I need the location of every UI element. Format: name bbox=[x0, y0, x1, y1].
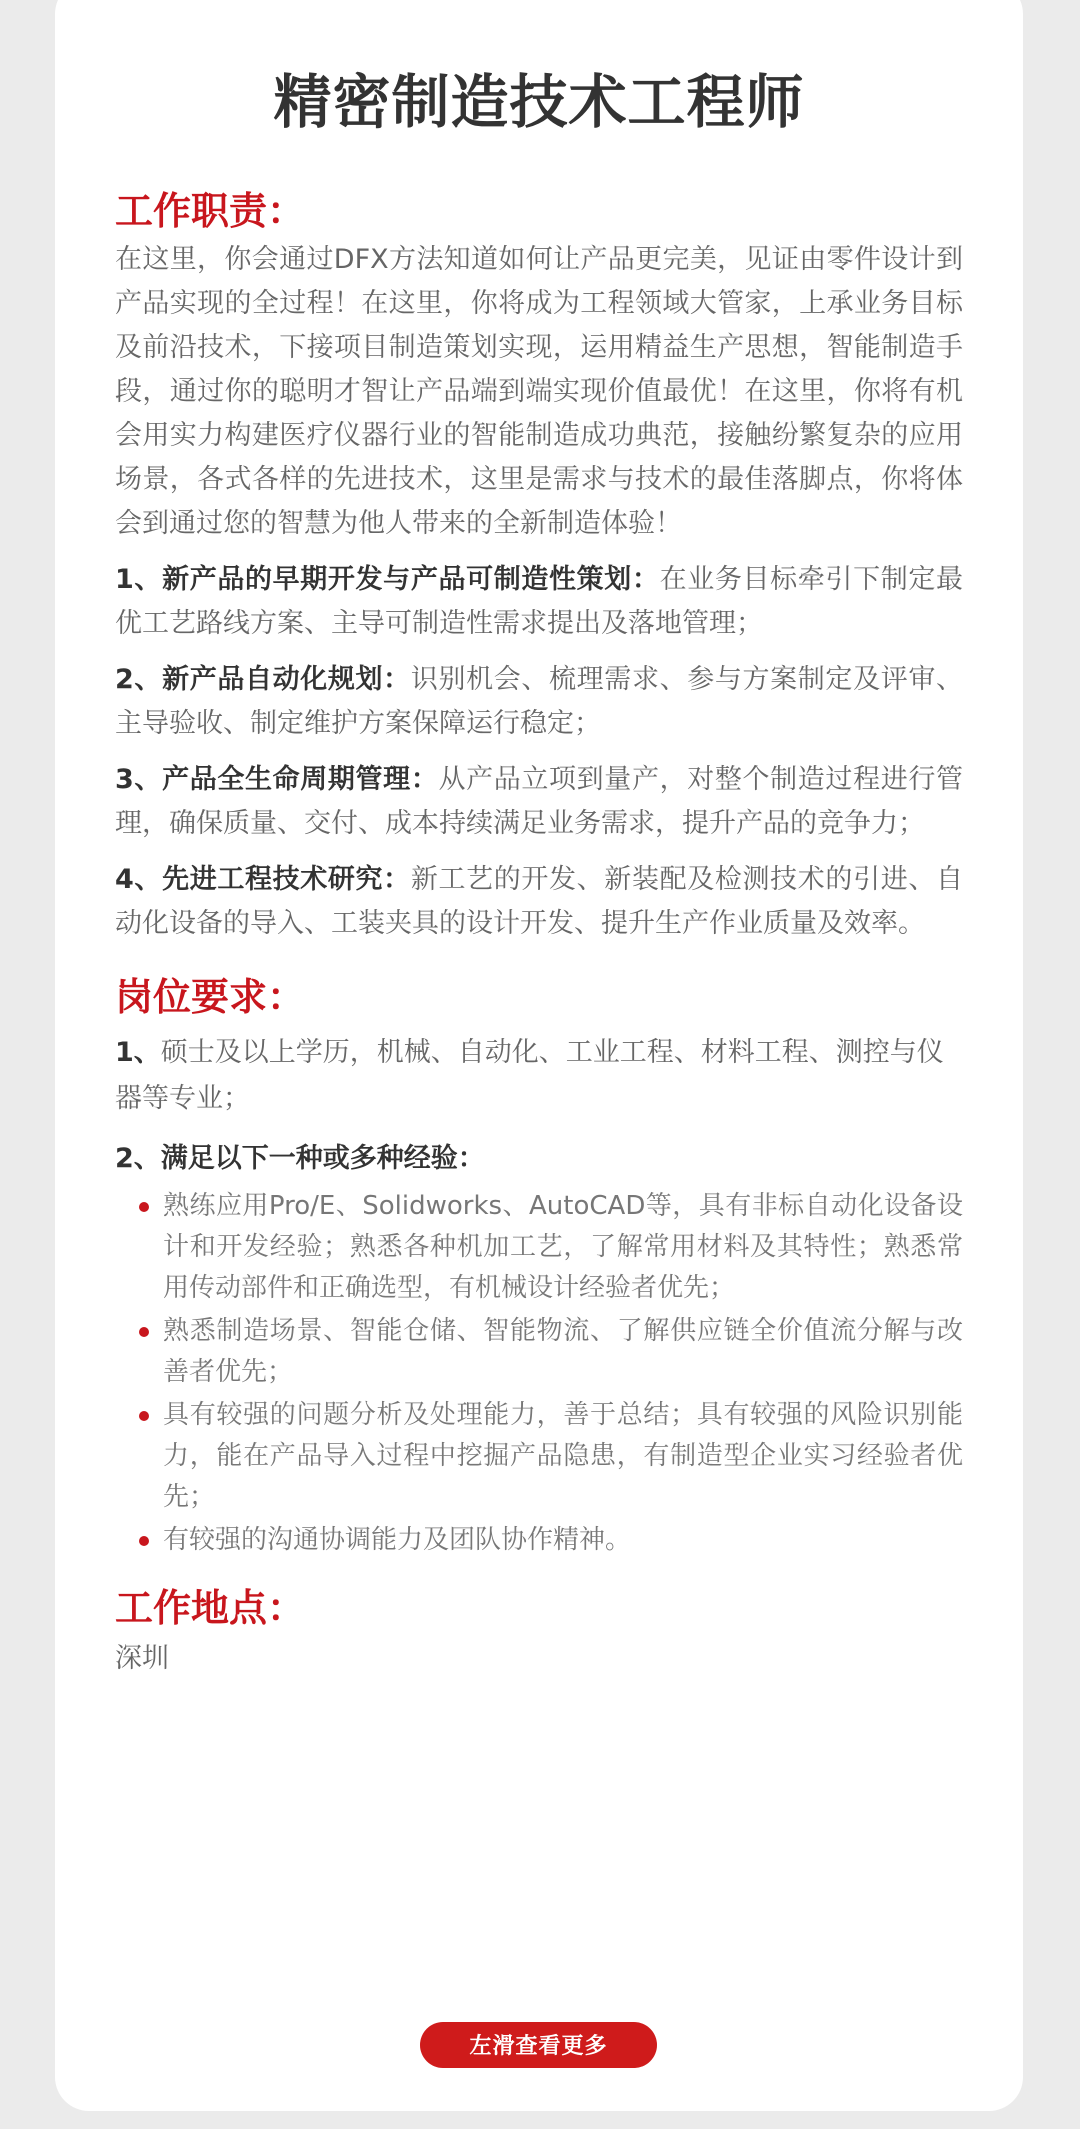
experience-item: 熟悉制造场景、智能仓储、智能物流、了解供应链全价值流分解与改善者优先； bbox=[163, 1311, 963, 1393]
bullet-dot-icon bbox=[139, 1202, 149, 1212]
duty-item-lead: 2、新产品自动化规划： bbox=[115, 664, 411, 695]
requirement-text: 硕士及以上学历，机械、自动化、工业工程、材料工程、测控与仪器等专业； bbox=[115, 1037, 944, 1114]
requirement-experience-heading: 2、满足以下一种或多种经验： bbox=[115, 1136, 963, 1182]
duty-item: 1、新产品的早期开发与产品可制造性策划：在业务目标牵引下制定最优工艺路线方案、主… bbox=[115, 558, 963, 646]
duties-heading: 工作职责： bbox=[115, 186, 963, 236]
experience-item-text: 熟悉制造场景、智能仓储、智能物流、了解供应链全价值流分解与改善者优先； bbox=[163, 1316, 963, 1387]
experience-item: 有较强的沟通协调能力及团队协作精神。 bbox=[163, 1520, 963, 1561]
duty-item-lead: 4、先进工程技术研究： bbox=[115, 864, 411, 895]
experience-list: 熟练应用Pro/E、Solidworks、AutoCAD等，具有非标自动化设备设… bbox=[115, 1186, 963, 1561]
duty-item: 3、产品全生命周期管理：从产品立项到量产，对整个制造过程进行管理，确保质量、交付… bbox=[115, 758, 963, 846]
requirement-education: 1、硕士及以上学历，机械、自动化、工业工程、材料工程、测控与仪器等专业； bbox=[115, 1030, 963, 1122]
experience-item-text: 熟练应用Pro/E、Solidworks、AutoCAD等，具有非标自动化设备设… bbox=[163, 1191, 963, 1303]
experience-item-text: 具有较强的问题分析及处理能力，善于总结；具有较强的风险识别能力，能在产品导入过程… bbox=[163, 1400, 963, 1512]
requirements-heading: 岗位要求： bbox=[115, 972, 963, 1022]
bullet-dot-icon bbox=[139, 1536, 149, 1546]
requirement-number: 1、 bbox=[115, 1037, 161, 1068]
duty-item: 2、新产品自动化规划：识别机会、梳理需求、参与方案制定及评审、主导验收、制定维护… bbox=[115, 658, 963, 746]
duty-item-lead: 3、产品全生命周期管理： bbox=[115, 764, 438, 795]
experience-item-text: 有较强的沟通协调能力及团队协作精神。 bbox=[163, 1525, 631, 1555]
duty-item: 4、先进工程技术研究：新工艺的开发、新装配及检测技术的引进、自动化设备的导入、工… bbox=[115, 858, 963, 946]
experience-item: 熟练应用Pro/E、Solidworks、AutoCAD等，具有非标自动化设备设… bbox=[163, 1186, 963, 1309]
bullet-dot-icon bbox=[139, 1327, 149, 1337]
location-value: 深圳 bbox=[115, 1637, 963, 1681]
bullet-dot-icon bbox=[139, 1411, 149, 1421]
swipe-more-button[interactable]: 左滑查看更多 bbox=[420, 2022, 657, 2068]
experience-item: 具有较强的问题分析及处理能力，善于总结；具有较强的风险识别能力，能在产品导入过程… bbox=[163, 1395, 963, 1518]
job-title: 精密制造技术工程师 bbox=[115, 0, 963, 142]
duties-intro: 在这里，你会通过DFX方法知道如何让产品更完美，见证由零件设计到产品实现的全过程… bbox=[115, 238, 963, 546]
location-heading: 工作地点： bbox=[115, 1583, 963, 1633]
job-detail-card: 精密制造技术工程师 工作职责： 在这里，你会通过DFX方法知道如何让产品更完美，… bbox=[55, 0, 1023, 2111]
duty-item-lead: 1、新产品的早期开发与产品可制造性策划： bbox=[115, 564, 660, 595]
